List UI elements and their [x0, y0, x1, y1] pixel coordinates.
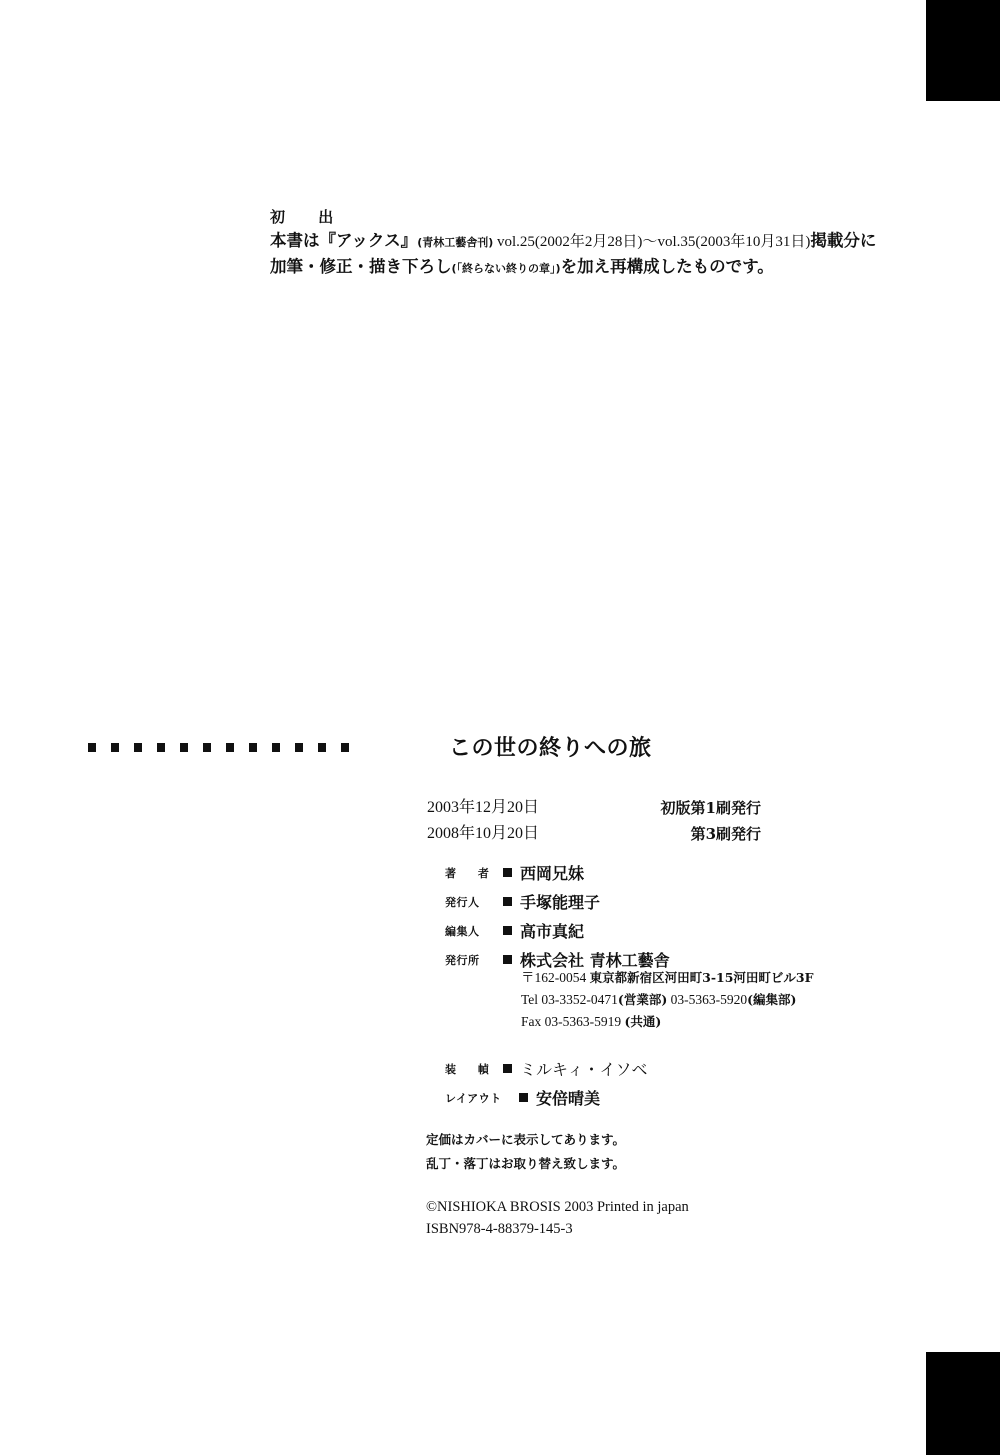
first-publication-line-1: 本書は『アックス』(青林工藝舎刊) vol.25(2002年2月28日)〜vol…	[270, 228, 890, 254]
square-bullet-icon	[157, 743, 165, 752]
design-credits: 装 幀 ミルキィ・イソベ レイアウト 安倍晴美	[445, 1054, 648, 1112]
square-bullet-icon	[503, 1064, 512, 1073]
credit-author: 著 者 西岡兄妹	[445, 858, 670, 887]
price-note: 定価はカバーに表示してあります。	[426, 1128, 625, 1152]
credits-list: 著 者 西岡兄妹 発行人 手塚能理子 編集人 高市真紀 発行所 株式会社 青林工…	[445, 858, 670, 974]
issue-range-separator: 〜	[642, 234, 657, 250]
credit-value: 西岡兄妹	[520, 861, 584, 884]
square-bullet-icon	[134, 743, 142, 752]
printing-row: 2008年10月20日 第3刷発行	[427, 821, 761, 847]
issue-range-end: vol.35(2003年10月31日)	[657, 234, 810, 250]
revision-note: 加筆・修正・描き下ろし	[270, 257, 452, 276]
credit-book-design: 装 幀 ミルキィ・イソベ	[445, 1054, 648, 1083]
square-bullet-icon	[180, 743, 188, 752]
printing-edition: 初版第1刷発行	[617, 795, 761, 821]
telephone-editorial: 03-5363-5920	[667, 992, 747, 1007]
printing-history: 2003年12月20日 初版第1刷発行 2008年10月20日 第3刷発行	[427, 795, 761, 847]
square-bullet-icon	[226, 743, 234, 752]
fax-line: Fax 03-5363-5919 (共通)	[521, 1011, 813, 1033]
book-title: この世の終りへの旅	[449, 731, 652, 762]
replacement-note: 乱丁・落丁はお取り替え致します。	[426, 1152, 625, 1176]
credit-label: 装 幀	[445, 1061, 503, 1077]
square-bullet-icon	[272, 743, 280, 752]
first-publication-note: 初 出 本書は『アックス』(青林工藝舎刊) vol.25(2002年2月28日)…	[270, 206, 890, 280]
fax-number: Fax 03-5363-5919	[521, 1014, 625, 1029]
square-bullet-icon	[341, 743, 349, 752]
magazine-intro: 本書は『アックス』	[270, 231, 417, 250]
fax-note: (共通)	[625, 1014, 662, 1029]
square-bullet-icon	[519, 1093, 528, 1102]
square-bullet-icon	[503, 926, 512, 935]
square-bullet-icon	[503, 868, 512, 877]
square-bullet-icon	[503, 955, 512, 964]
postal-code: 〒162-0054	[521, 970, 590, 985]
copyright-line: ©NISHIOKA BROSIS 2003 Printed in japan	[426, 1196, 689, 1218]
telephone-sales-dept: (営業部)	[618, 992, 667, 1007]
corner-crop-mark-top	[926, 0, 1000, 101]
price-notes: 定価はカバーに表示してあります。 乱丁・落丁はお取り替え致します。	[426, 1128, 625, 1176]
credit-label: 発行人	[445, 894, 503, 910]
square-bullet-icon	[111, 743, 119, 752]
address-line: 〒162-0054 東京都新宿区河田町3-15河田町ビル3F	[521, 967, 813, 989]
first-publication-line-2: 加筆・修正・描き下ろし(「終らない終りの章」)を加え再構成したものです。	[270, 254, 890, 280]
telephone-line: Tel 03-3352-0471(営業部) 03-5363-5920(編集部)	[521, 989, 813, 1011]
printing-date: 2003年12月20日	[427, 795, 617, 821]
credit-value: 安倍晴美	[536, 1086, 600, 1109]
title-divider	[88, 730, 400, 764]
telephone-sales: Tel 03-3352-0471	[521, 992, 618, 1007]
copyright-block: ©NISHIOKA BROSIS 2003 Printed in japan I…	[426, 1196, 689, 1240]
square-bullet-icon	[318, 743, 326, 752]
credit-value: 手塚能理子	[520, 890, 600, 913]
printing-edition: 第3刷発行	[617, 821, 761, 847]
printing-date: 2008年10月20日	[427, 821, 617, 847]
credit-layout: レイアウト 安倍晴美	[445, 1083, 648, 1112]
square-bullet-icon	[88, 743, 96, 752]
square-bullet-icon	[503, 897, 512, 906]
issue-range-start: vol.25(2002年2月28日)	[493, 234, 642, 250]
line-2-suffix: を加え再構成したものです。	[561, 257, 774, 276]
publisher-note: (青林工藝舎刊)	[417, 236, 493, 249]
credit-publisher-person: 発行人 手塚能理子	[445, 887, 670, 916]
printing-row: 2003年12月20日 初版第1刷発行	[427, 795, 761, 821]
credit-label: 著 者	[445, 865, 503, 881]
credit-label: レイアウト	[445, 1090, 519, 1106]
street-address: 東京都新宿区河田町3-15河田町ビル3F	[590, 970, 814, 985]
square-bullet-icon	[249, 743, 257, 752]
credit-label: 編集人	[445, 923, 503, 939]
square-bullet-icon	[203, 743, 211, 752]
first-publication-heading: 初 出	[270, 206, 890, 228]
line-1-suffix: 掲載分に	[810, 231, 876, 250]
credit-editor: 編集人 高市真紀	[445, 916, 670, 945]
isbn: ISBN978-4-88379-145-3	[426, 1218, 689, 1240]
credit-label: 発行所	[445, 952, 503, 968]
credit-value: 高市真紀	[520, 919, 584, 942]
corner-crop-mark-bottom	[926, 1352, 1000, 1455]
publisher-address: 〒162-0054 東京都新宿区河田町3-15河田町ビル3F Tel 03-33…	[521, 967, 813, 1033]
credit-value: ミルキィ・イソベ	[520, 1057, 648, 1080]
square-bullet-row	[88, 743, 400, 752]
telephone-editorial-dept: (編集部)	[747, 992, 796, 1007]
chapter-note: (「終らない終りの章」)	[452, 262, 561, 275]
square-bullet-icon	[295, 743, 303, 752]
